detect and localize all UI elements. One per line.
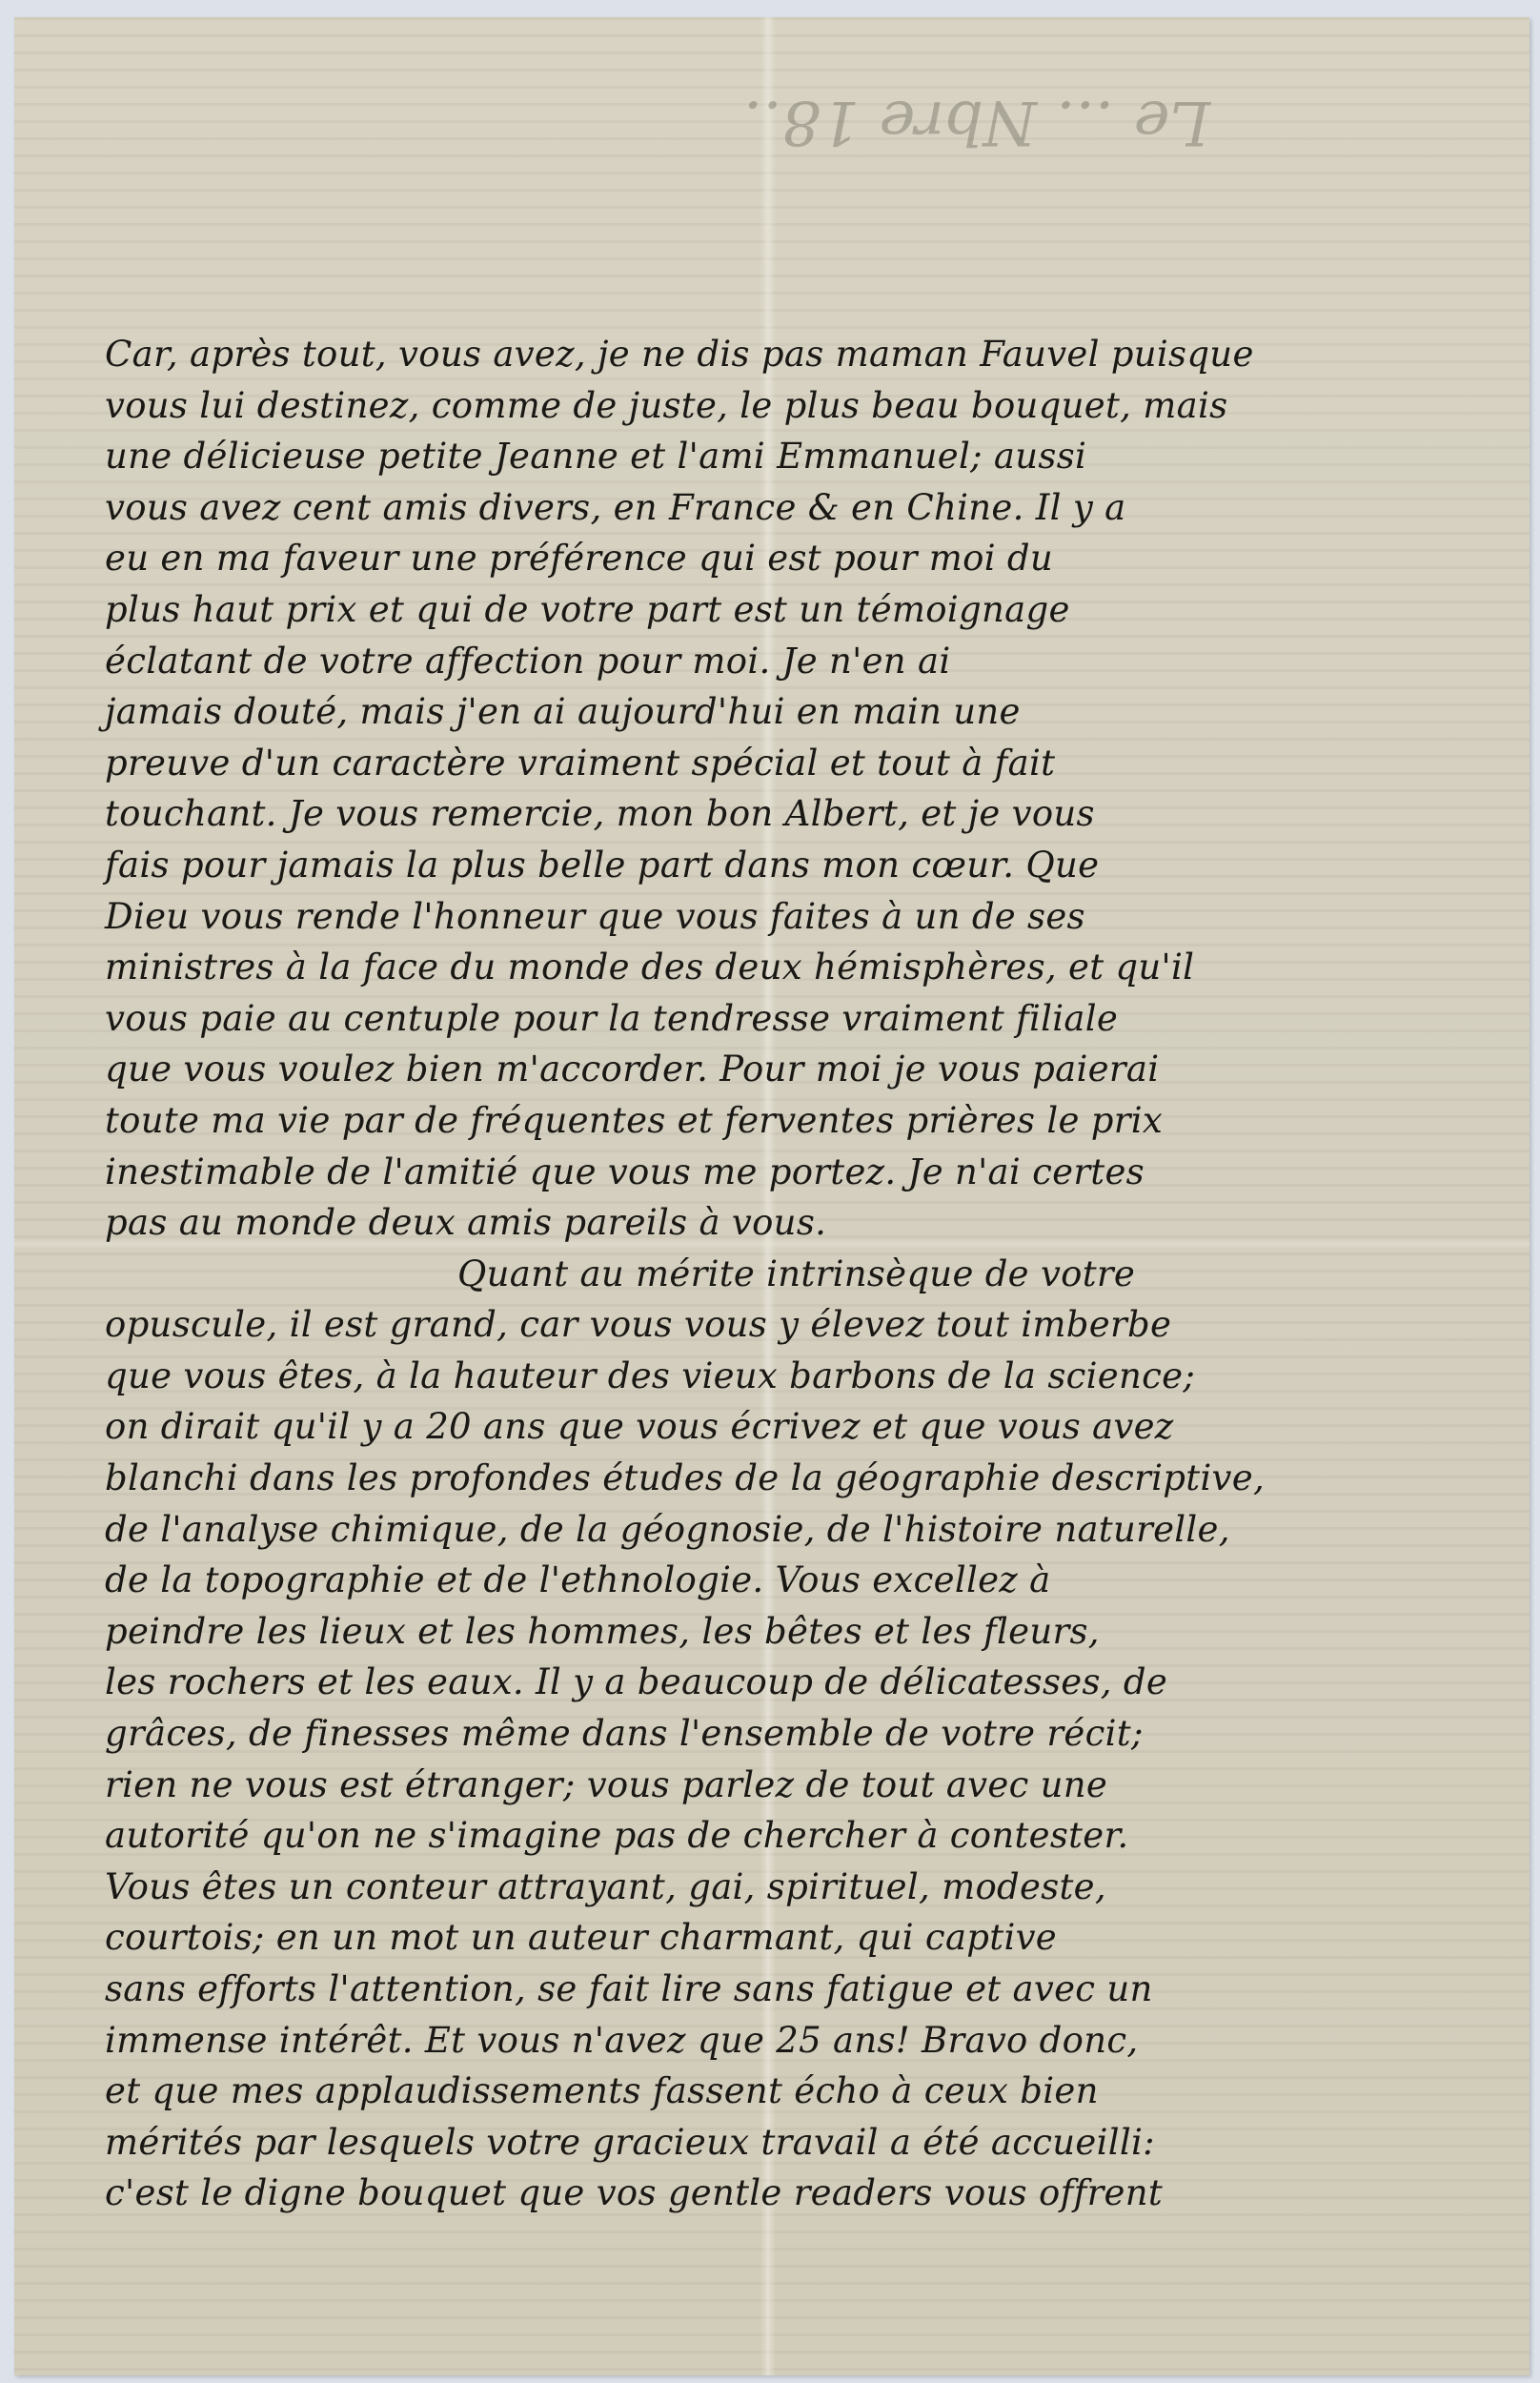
letter-line: vous avez cent amis divers, en France & … [105,482,1468,534]
letter-line: vous lui destinez, comme de juste, le pl… [105,380,1468,432]
letter-line: pas au monde deux amis pareils à vous. [105,1197,1468,1249]
letter-line: peindre les lieux et les hommes, les bêt… [105,1606,1468,1658]
letter-line: et que mes applaudissements fassent écho… [105,2066,1468,2117]
letter-line: jamais douté, mais j'en ai aujourd'hui e… [105,686,1468,738]
letter-line: que vous voulez bien m'accorder. Pour mo… [105,1044,1468,1095]
letter-line: vous paie au centuple pour la tendresse … [105,993,1468,1045]
letter-line: on dirait qu'il y a 20 ans que vous écri… [105,1401,1468,1453]
letter-line: toute ma vie par de fréquentes et ferven… [105,1095,1468,1147]
letter-line: Vous êtes un conteur attrayant, gai, spi… [105,1862,1468,1913]
letter-line: une délicieuse petite Jeanne et l'ami Em… [105,431,1468,482]
letter-line: de l'analyse chimique, de la géognosie, … [105,1504,1468,1556]
bleed-through-date-header: Le ... Nbre 18.. [548,55,1406,189]
letter-line: inestimable de l'amitié que vous me port… [105,1147,1468,1198]
letter-line: opuscule, il est grand, car vous vous y … [105,1299,1468,1351]
paragraph-start-line: Quant au mérite intrinsèque de votre [105,1249,1468,1300]
letter-line: fais pour jamais la plus belle part dans… [105,840,1468,891]
letter-line: ministres à la face du monde des deux hé… [105,942,1468,993]
letter-body: Car, après tout, vous avez, je ne dis pa… [105,329,1468,2219]
letter-line: mérités par lesquels votre gracieux trav… [105,2117,1468,2169]
letter-line: de la topographie et de l'ethnologie. Vo… [105,1555,1468,1606]
letter-line: autorité qu'on ne s'imagine pas de cherc… [105,1810,1468,1862]
letter-line: touchant. Je vous remercie, mon bon Albe… [105,788,1468,840]
letter-line: blanchi dans les profondes études de la … [105,1453,1468,1504]
letter-line: eu en ma faveur une préférence qui est p… [105,533,1468,584]
letter-line: plus haut prix et qui de votre part est … [105,584,1468,636]
letter-line: Car, après tout, vous avez, je ne dis pa… [105,329,1468,380]
letter-line: c'est le digne bouquet que vos gentle re… [105,2168,1468,2219]
letter-line: courtois; en un mot un auteur charmant, … [105,1912,1468,1964]
letter-line: Dieu vous rende l'honneur que vous faite… [105,891,1468,943]
letter-line: éclatant de votre affection pour moi. Je… [105,636,1468,687]
letter-line: rien ne vous est étranger; vous parlez d… [105,1760,1468,1811]
letter-line: sans efforts l'attention, se fait lire s… [105,1964,1468,2015]
letter-line: grâces, de finesses même dans l'ensemble… [105,1708,1468,1760]
letter-line: les rochers et les eaux. Il y a beaucoup… [105,1657,1468,1708]
letter-line: immense intérêt. Et vous n'avez que 25 a… [105,2015,1468,2067]
letter-line: preuve d'un caractère vraiment spécial e… [105,738,1468,789]
letter-line: que vous êtes, à la hauteur des vieux ba… [105,1351,1468,1402]
